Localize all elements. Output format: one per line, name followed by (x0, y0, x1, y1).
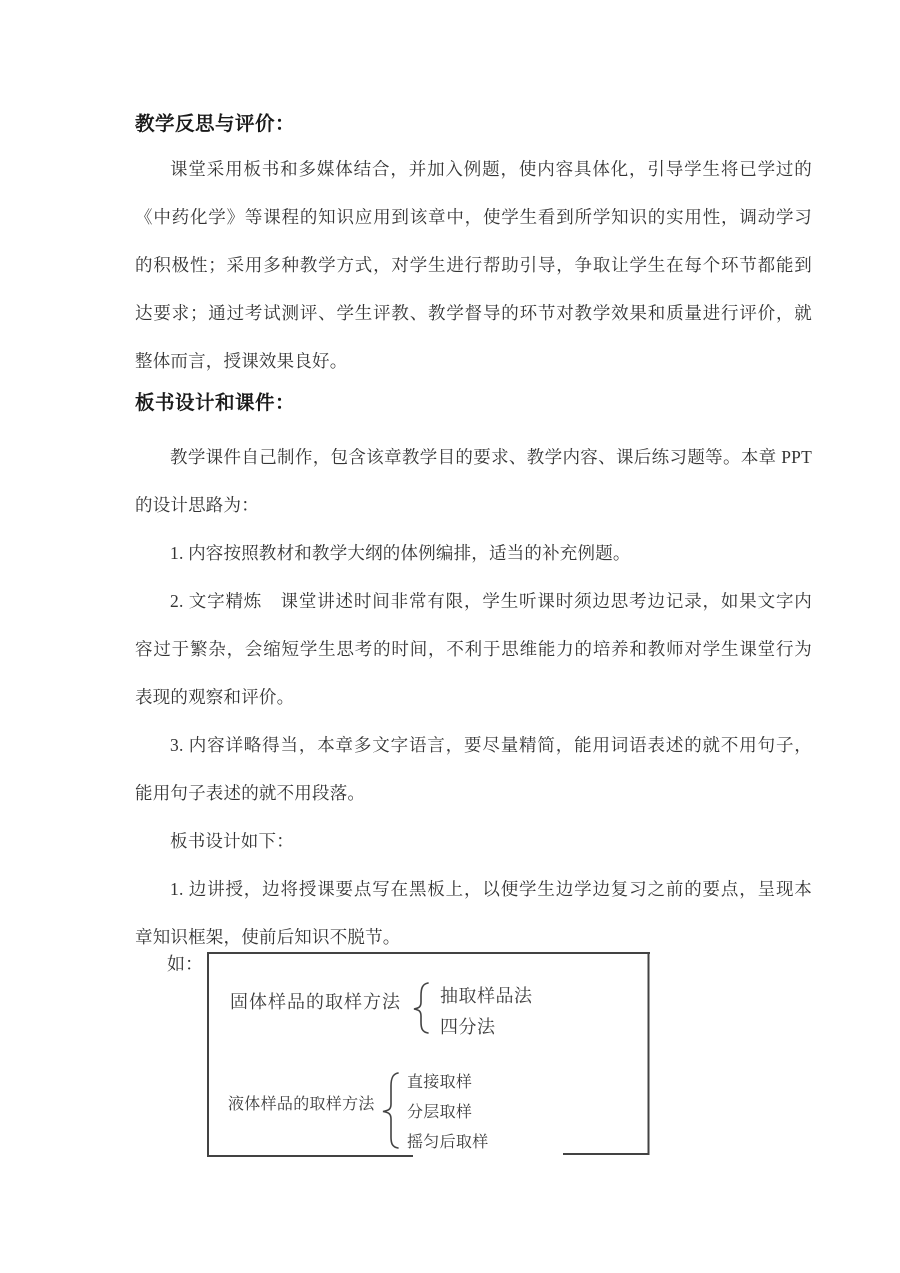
text-line: 表现的观察和评价。 (135, 673, 812, 721)
sampling-methods-diagram: 固体样品的取样方法 抽取样品法 四分法 液体样品的取样方法 直接取样 分层取样 … (207, 952, 650, 1157)
text-line: 能用句子表述的就不用段落。 (135, 769, 812, 817)
text-line: 2. 文字精炼 课堂讲述时间非常有限，学生听课时须边思考边记录，如果文字内 (135, 577, 812, 625)
solid-sampling-item: 抽取样品法 (440, 987, 533, 1005)
text-line: 的设计思路为： (135, 481, 812, 529)
liquid-brace-icon (383, 1073, 398, 1148)
text-line: 1. 边讲授，边将授课要点写在黑板上，以便学生边学边复习之前的要点，呈现本 (135, 865, 812, 913)
para-board-point-1: 1. 边讲授，边将授课要点写在黑板上，以便学生边学边复习之前的要点，呈现本 章知… (135, 865, 812, 961)
para-point-1: 1. 内容按照教材和教学大纲的体例编排，适当的补充例题。 (135, 529, 812, 577)
document-page: 教学反思与评价： 课堂采用板书和多媒体结合，并加入例题，使内容具体化，引导学生将… (0, 0, 900, 1273)
text-line: 容过于繁杂，会缩短学生思考的时间，不利于思维能力的培养和教师对学生课堂行为 (135, 625, 812, 673)
text-line: 3. 内容详略得当，本章多文字语言，要尽量精简，能用词语表述的就不用句子， (135, 721, 812, 769)
section-heading-reflection: 教学反思与评价： (135, 114, 295, 136)
text-line: 课堂采用板书和多媒体结合，并加入例题，使内容具体化，引导学生将已学过的 (135, 145, 812, 193)
text-line: 1. 内容按照教材和教学大纲的体例编排，适当的补充例题。 (135, 529, 812, 577)
text-line: 整体而言，授课效果良好。 (135, 337, 812, 385)
example-label: 如： (167, 953, 203, 975)
solid-brace-icon (414, 983, 428, 1033)
para-courseware: 教学课件自己制作，包含该章教学目的要求、教学内容、课后练习题等。本章 PPT 的… (135, 433, 812, 529)
liquid-sampling-item: 摇匀后取样 (407, 1135, 489, 1151)
solid-sampling-label: 固体样品的取样方法 (230, 993, 401, 1011)
text-line: 教学课件自己制作，包含该章教学目的要求、教学内容、课后练习题等。本章 PPT (135, 433, 812, 481)
liquid-sampling-label: 液体样品的取样方法 (228, 1097, 375, 1113)
diagram-frame (207, 952, 650, 1157)
liquid-sampling-item: 分层取样 (407, 1105, 472, 1121)
para-point-2: 2. 文字精炼 课堂讲述时间非常有限，学生听课时须边思考边记录，如果文字内 容过… (135, 577, 812, 721)
para-reflection: 课堂采用板书和多媒体结合，并加入例题，使内容具体化，引导学生将已学过的 《中药化… (135, 145, 812, 385)
text-line: 达要求；通过考试测评、学生评教、教学督导的环节对教学效果和质量进行评价，就 (135, 289, 812, 337)
liquid-sampling-item: 直接取样 (407, 1075, 472, 1091)
text-line: 板书设计如下： (135, 817, 812, 865)
solid-sampling-item: 四分法 (440, 1018, 496, 1036)
text-line: 《中药化学》等课程的知识应用到该章中，使学生看到所学知识的实用性，调动学习 (135, 193, 812, 241)
text-line: 的积极性；采用多种教学方式，对学生进行帮助引导，争取让学生在每个环节都能到 (135, 241, 812, 289)
section-heading-board-design: 板书设计和课件： (135, 393, 295, 415)
para-point-3: 3. 内容详略得当，本章多文字语言，要尽量精简，能用词语表述的就不用句子， 能用… (135, 721, 812, 817)
para-board-intro: 板书设计如下： (135, 817, 812, 865)
